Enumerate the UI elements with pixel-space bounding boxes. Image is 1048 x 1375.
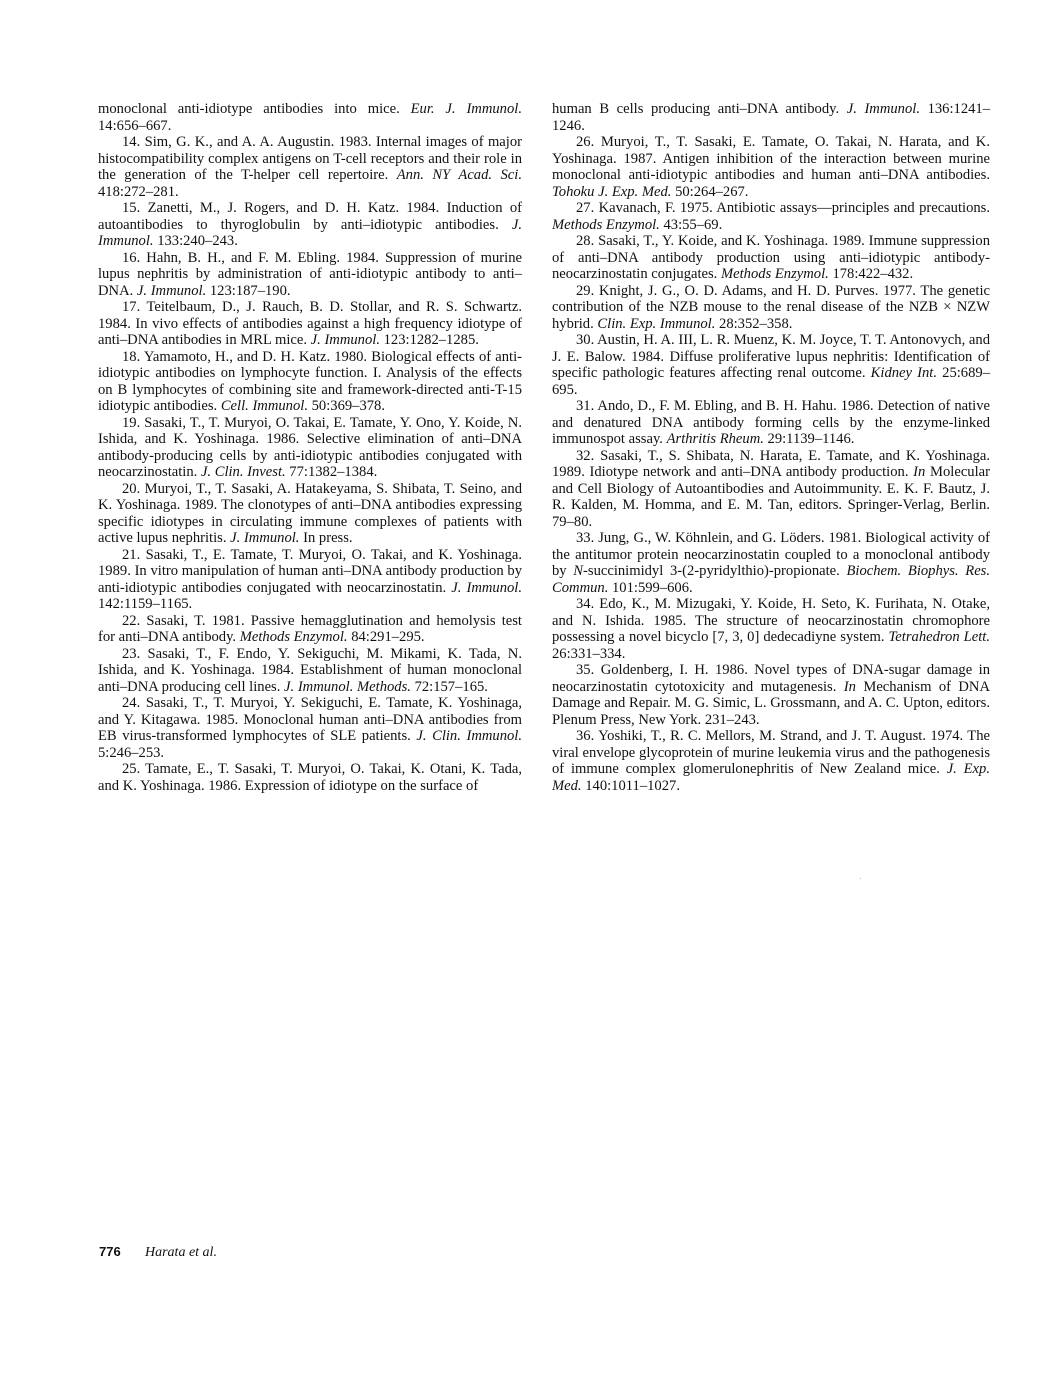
reference-entry: 26. Muryoi, T., T. Sasaki, E. Tamate, O.…: [552, 134, 990, 200]
reference-entry: 33. Jung, G., W. Köhnlein, and G. Löders…: [552, 530, 990, 596]
journal-title: Methods Enzymol.: [552, 217, 660, 233]
reference-entry: 25. Tamate, E., T. Sasaki, T. Muryoi, O.…: [98, 761, 522, 794]
reference-text: 36. Yoshiki, T., R. C. Mellors, M. Stran…: [552, 728, 990, 777]
reference-continuation: human B cells producing anti–DNA antibod…: [552, 101, 990, 134]
journal-title: J. Immunol.: [847, 101, 920, 117]
journal-title: Methods Enzymol.: [721, 266, 829, 282]
reference-text: 28:352–358.: [715, 316, 792, 332]
reference-text: 123:1282–1285.: [380, 332, 479, 348]
reference-text: 5:246–253.: [98, 745, 164, 761]
reference-entry: 17. Teitelbaum, D., J. Rauch, B. D. Stol…: [98, 299, 522, 349]
reference-text: 25. Tamate, E., T. Sasaki, T. Muryoi, O.…: [98, 761, 522, 794]
reference-text: 14:656–667.: [98, 118, 171, 134]
reference-entry: 20. Muryoi, T., T. Sasaki, A. Hatakeyama…: [98, 481, 522, 547]
reference-entry: 23. Sasaki, T., F. Endo, Y. Sekiguchi, M…: [98, 646, 522, 696]
journal-title: N: [573, 563, 583, 579]
reference-text: 123:187–190.: [206, 283, 290, 299]
reference-entry: 22. Sasaki, T. 1981. Passive hemagglutin…: [98, 613, 522, 646]
reference-entry: 35. Goldenberg, I. H. 1986. Novel types …: [552, 662, 990, 728]
reference-entry: 32. Sasaki, T., S. Shibata, N. Harata, E…: [552, 448, 990, 531]
reference-text: 84:291–295.: [348, 629, 425, 645]
journal-title: J. Clin. Immunol.: [416, 728, 522, 744]
journal-title: Cell. Immunol.: [221, 398, 308, 414]
reference-entry: 15. Zanetti, M., J. Rogers, and D. H. Ka…: [98, 200, 522, 250]
journal-title: Eur. J. Immunol.: [411, 101, 522, 117]
journal-title: J. Immunol.: [137, 283, 206, 299]
reference-text: 178:422–432.: [829, 266, 913, 282]
reference-text: 29:1139–1146.: [764, 431, 855, 447]
journal-title: Tohoku J. Exp. Med.: [552, 184, 671, 200]
reference-entry: 31. Ando, D., F. M. Ebling, and B. H. Ha…: [552, 398, 990, 448]
reference-entry: 30. Austin, H. A. III, L. R. Muenz, K. M…: [552, 332, 990, 398]
reference-entry: 27. Kavanach, F. 1975. Antibiotic assays…: [552, 200, 990, 233]
journal-title: Arthritis Rheum.: [667, 431, 764, 447]
reference-entry: 21. Sasaki, T., E. Tamate, T. Muryoi, O.…: [98, 547, 522, 613]
reference-text: 43:55–69.: [660, 217, 722, 233]
journal-title: In: [844, 679, 856, 695]
references-left-column: monoclonal anti-idiotype antibodies into…: [98, 101, 522, 794]
reference-continuation: monoclonal anti-idiotype antibodies into…: [98, 101, 522, 134]
journal-title: In: [913, 464, 925, 480]
journal-title: J. Immunol.: [230, 530, 299, 546]
journal-title: J. Immunol.: [311, 332, 380, 348]
reference-entry: 24. Sasaki, T., T. Muryoi, Y. Sekiguchi,…: [98, 695, 522, 761]
reference-text: 50:369–378.: [308, 398, 385, 414]
reference-text: 15. Zanetti, M., J. Rogers, and D. H. Ka…: [98, 200, 522, 233]
reference-entry: 36. Yoshiki, T., R. C. Mellors, M. Stran…: [552, 728, 990, 794]
reference-text: In press.: [299, 530, 352, 546]
reference-text: 26. Muryoi, T., T. Sasaki, E. Tamate, O.…: [552, 134, 990, 183]
journal-title: Kidney Int.: [871, 365, 937, 381]
journal-title: J. Immunol.: [451, 580, 522, 596]
reference-text: 77:1382–1384.: [286, 464, 378, 480]
journal-title: Ann. NY Acad. Sci.: [397, 167, 522, 183]
running-head: Harata et al.: [145, 1245, 217, 1260]
reference-text: 140:1011–1027.: [582, 778, 680, 794]
scan-speck: [860, 878, 861, 879]
journal-title: J. Immunol. Methods.: [284, 679, 411, 695]
journal-title: Methods Enzymol.: [240, 629, 348, 645]
page-footer: 776Harata et al.: [125, 1244, 217, 1261]
reference-entry: 29. Knight, J. G., O. D. Adams, and H. D…: [552, 283, 990, 333]
reference-entry: 16. Hahn, B. H., and F. M. Ebling. 1984.…: [98, 250, 522, 300]
references-right-column: human B cells producing anti–DNA antibod…: [552, 101, 990, 794]
reference-text: 133:240–243.: [154, 233, 238, 249]
reference-text: 72:157–165.: [411, 679, 488, 695]
reference-text: 101:599–606.: [608, 580, 692, 596]
journal-title: Tetrahedron Lett.: [889, 629, 990, 645]
reference-entry: 14. Sim, G. K., and A. A. Augustin. 1983…: [98, 134, 522, 200]
journal-title: Clin. Exp. Immunol.: [597, 316, 715, 332]
reference-entry: 19. Sasaki, T., T. Muryoi, O. Takai, E. …: [98, 415, 522, 481]
reference-entry: 28. Sasaki, T., Y. Koide, and K. Yoshina…: [552, 233, 990, 283]
page-number: 776: [99, 1244, 145, 1260]
reference-text: 50:264–267.: [671, 184, 748, 200]
reference-entry: 18. Yamamoto, H., and D. H. Katz. 1980. …: [98, 349, 522, 415]
reference-text: 142:1159–1165.: [98, 596, 192, 612]
journal-title: J. Clin. Invest.: [201, 464, 286, 480]
reference-text: 27. Kavanach, F. 1975. Antibiotic assays…: [576, 200, 990, 216]
reference-text: 26:331–334.: [552, 646, 625, 662]
reference-text: human B cells producing anti–DNA antibod…: [552, 101, 847, 117]
reference-entry: 34. Edo, K., M. Mizugaki, Y. Koide, H. S…: [552, 596, 990, 662]
reference-text: 418:272–281.: [98, 184, 179, 200]
reference-text: -succinimidyl 3-(2-pyridylthio)-propiona…: [583, 563, 846, 579]
reference-text: monoclonal anti-idiotype antibodies into…: [98, 101, 411, 117]
